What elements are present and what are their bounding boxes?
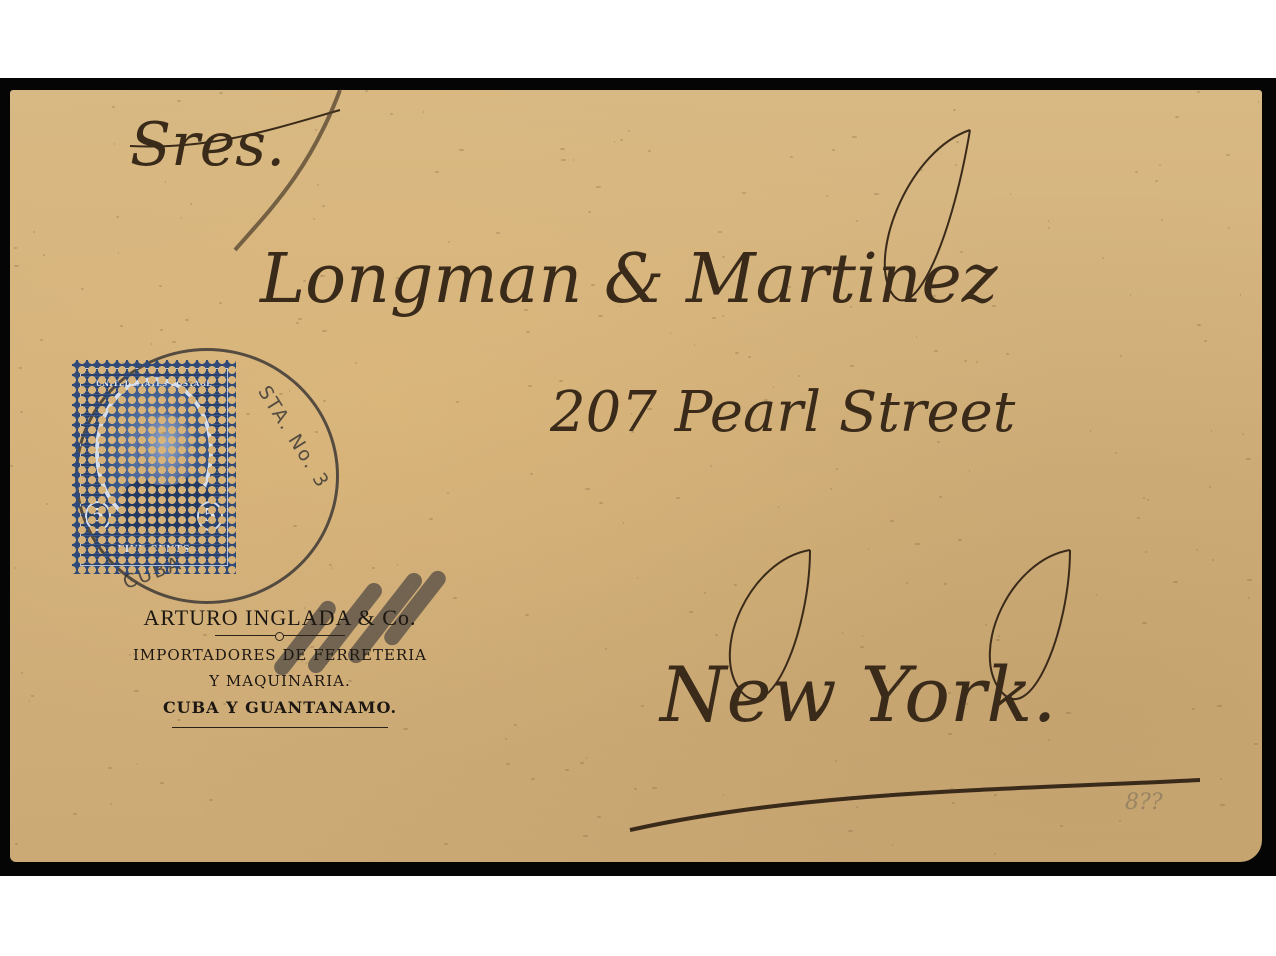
paper-fiber [177,100,181,102]
stamp-denomination-right: 5 [197,501,223,531]
paper-fiber [1196,549,1198,551]
paper-fiber [172,341,175,343]
paper-fiber [960,251,962,253]
portrait-head [137,415,193,485]
paper-fiber [14,265,19,267]
paper-fiber [303,280,305,282]
paper-fiber [526,331,530,333]
paper-fiber [1143,497,1146,499]
stamp-frame: UNITED STATES POSTAGE 5 5 FIVE CENTS [80,368,228,566]
paper-fiber [625,267,629,269]
paper-fiber [985,624,987,626]
paper-fiber [1254,743,1258,745]
paper-fiber [722,315,724,317]
paper-fiber [310,646,314,648]
paper-fiber [856,220,858,222]
paper-fiber [1060,825,1063,827]
paper-fiber [116,216,119,218]
postage-stamp: UNITED STATES POSTAGE 5 5 FIVE CENTS [72,360,236,574]
paper-fiber [1192,708,1195,710]
paper-fiber [964,360,966,362]
paper-fiber [958,539,962,541]
paper-fiber [317,184,319,186]
paper-fiber [585,488,590,490]
paper-fiber [689,611,692,613]
paper-fiber [583,835,588,837]
paper-fiber [146,458,149,460]
paper-fiber [390,113,393,115]
paper-fiber [246,413,249,415]
paper-fiber [1161,219,1163,221]
company-line-2: Y MAQUINARIA. [72,672,488,690]
paper-fiber [580,762,583,764]
stamp-portrait-oval [95,377,213,527]
paper-fiber [1228,227,1229,229]
paper-fiber [322,205,325,207]
paper-fiber [630,428,634,430]
paper-fiber [20,411,23,413]
paper-fiber [528,385,532,387]
paper-fiber [1240,294,1241,296]
paper-fiber [19,367,22,369]
paper-fiber [1246,458,1251,460]
paper-fiber [586,757,587,759]
paper-fiber [298,318,302,320]
street-handwriting: 207 Pearl Street [550,380,1015,445]
paper-fiber [952,802,955,804]
paper-fiber [1137,517,1140,519]
paper-fiber [1247,579,1251,581]
paper-fiber [832,149,835,151]
ornament-divider [215,635,345,636]
paper-fiber [15,567,16,569]
paper-fiber [1119,820,1122,822]
paper-fiber [826,195,828,197]
paper-fiber [735,352,739,354]
paper-fiber [1102,257,1104,259]
paper-fiber [43,254,45,256]
paper-fiber [598,315,603,317]
paper-fiber [950,788,954,790]
paper-fiber [1217,705,1222,707]
paper-fiber [628,130,630,132]
paper-fiber [856,806,858,808]
paper-fiber [33,231,35,233]
paper-fiber [723,794,724,796]
paper-fiber [874,193,878,195]
addressee-handwriting: Longman & Martinez [260,240,998,319]
stamp-country-text: UNITED STATES POSTAGE [81,379,227,388]
paper-fiber [1142,622,1146,624]
paper-fiber [122,362,123,364]
paper-fiber [1135,171,1138,173]
paper-fiber [915,543,920,545]
paper-fiber [323,400,326,402]
paper-fiber [1204,340,1207,342]
paper-fiber [448,241,450,243]
paper-fiber [159,285,162,287]
paper-fiber [676,497,681,499]
paper-fiber [444,843,448,845]
paper-fiber [742,192,746,194]
paper-fiber [456,401,460,403]
paper-fiber [715,634,719,636]
paper-fiber [934,350,939,352]
paper-fiber [964,703,968,705]
paper-fiber [588,211,591,213]
paper-fiber [778,506,779,508]
pencil-note: 8?? [1125,790,1163,815]
paper-fiber [773,386,774,388]
paper-fiber [1096,594,1097,596]
paper-fiber [524,309,528,311]
paper-fiber [591,284,595,286]
paper-fiber [160,329,163,331]
paper-fiber [1006,353,1009,355]
paper-fiber [14,247,17,249]
paper-fiber [1175,116,1179,118]
company-line-1: IMPORTADORES DE FERRETERIA [72,646,488,664]
paper-fiber [892,844,893,846]
paper-fiber [1197,324,1202,326]
paper-fiber [120,325,123,327]
paper-fiber [96,413,97,415]
paper-fiber [128,544,130,546]
paper-fiber [10,465,13,467]
paper-fiber [734,584,737,586]
paper-fiber [223,703,226,705]
paper-fiber [505,738,506,740]
paper-fiber [181,217,182,219]
paper-fiber [40,339,42,341]
paper-fiber [652,787,657,789]
paper-fiber [939,496,942,498]
paper-fiber [634,788,638,790]
paper-fiber [508,299,511,301]
paper-fiber [322,330,327,332]
paper-fiber [161,432,166,434]
paper-fiber [453,597,456,599]
paper-fiber [1173,581,1178,583]
paper-fiber [722,256,725,258]
paper-fiber [435,171,439,173]
paper-fiber [850,306,852,308]
paper-fiber [296,322,299,324]
paper-fiber [134,690,139,692]
paper-fiber [126,471,127,473]
paper-fiber [301,660,303,662]
paper-fiber [641,705,644,707]
paper-fiber [187,381,192,383]
printed-corner-card: ARTURO INGLADA & Co. IMPORTADORES DE FER… [72,605,488,728]
paper-fiber [948,733,952,735]
salutation-handwriting: Sres. [130,110,285,180]
paper-fiber [597,816,601,818]
paper-fiber [169,651,173,653]
paper-fiber [185,319,189,321]
paper-fiber [998,635,1000,637]
paper-fiber [160,782,164,784]
paper-fiber [1209,486,1210,488]
paper-fiber [165,181,167,183]
paper-fiber [748,356,752,358]
paper-fiber [29,700,30,702]
paper-fiber [329,564,332,566]
paper-fiber [506,763,510,765]
paper-fiber [320,275,325,277]
paper-fiber [1220,804,1224,806]
paper-fiber [850,365,854,367]
bottom-rule [172,727,388,728]
stamp-value-text: FIVE CENTS [81,545,227,555]
city-handwriting: New York. [660,650,1057,739]
paper-fiber [279,393,283,395]
stamp-denomination-left: 5 [85,501,111,531]
paper-fiber [788,286,791,288]
paper-fiber [862,635,863,637]
paper-fiber [403,728,408,730]
paper-fiber [496,232,500,234]
paper-fiber [177,719,181,721]
paper-fiber [108,767,111,769]
paper-fiber [81,288,84,290]
paper-fiber [313,218,315,220]
paper-fiber [992,305,996,307]
paper-fiber [953,109,955,111]
paper-fiber [852,136,857,138]
paper-fiber [396,277,399,279]
paper-fiber [561,159,566,161]
paper-fiber [848,830,852,832]
company-line-3: CUBA Y GUANTANAMO. [72,698,488,717]
paper-fiber [560,148,565,150]
company-name: ARTURO INGLADA & Co. [72,605,488,631]
envelope: Sres. Longman & Martinez 207 Pearl Stree… [10,90,1262,862]
paper-fiber [365,90,368,92]
paper-fiber [75,374,78,376]
paper-fiber [1226,154,1230,156]
paper-fiber [110,803,112,805]
paper-fiber [209,799,212,801]
